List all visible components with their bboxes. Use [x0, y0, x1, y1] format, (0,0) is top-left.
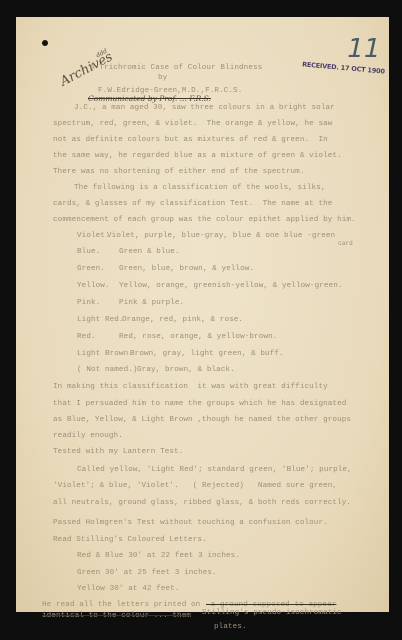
paragraph-line: spectrum, red, green, & violet. The oran…: [53, 120, 332, 128]
paragraph-line: Yellow 30' at 42 feet.: [77, 585, 179, 593]
class-red-name: Red.: [77, 333, 96, 341]
punch-hole: [42, 40, 48, 46]
last-line-insert: Stilling's pseudo-isochromatic: [202, 609, 342, 617]
class-notnamed-items: Gray, brown, & black.: [137, 366, 235, 374]
paragraph-line: the same way, he regarded blue as a mixt…: [53, 152, 342, 160]
paragraph-line: that I persuaded him to name the groups …: [53, 400, 346, 408]
paragraph-line: The following is a classification of the…: [74, 184, 325, 192]
paragraph-line: Passed Holmgren's Test without touching …: [53, 519, 328, 527]
paragraph-line: as Blue, Yellow, & Light Brown ,though h…: [53, 416, 351, 424]
paragraph-line: readily enough.: [53, 432, 123, 440]
class-violet-items: Violet, purple, blue-gray, blue & one bl…: [107, 232, 335, 240]
class-pink-items: Pink & purple.: [119, 299, 184, 307]
document-title: A Trichromic Case of Colour Blindness: [90, 64, 262, 72]
class-violet-name: Violet.: [77, 232, 110, 240]
paragraph-line: commencement of each group was the colou…: [53, 216, 356, 224]
paragraph-line: Read Stilling's Coloured Letters.: [53, 536, 207, 544]
paragraph-line: J.C., a man aged 30, saw three colours i…: [74, 104, 335, 112]
last-line-end: plates.: [214, 623, 247, 631]
paragraph-line: cards, & glasses of my classification Te…: [53, 200, 332, 208]
paragraph-line: Red & Blue 30' at 22 feet 3 inches.: [77, 552, 240, 560]
communicated-note: Communicated by Prof. ... F.R.S.: [88, 94, 211, 103]
class-green-items: Green, blue, brown, & yellow.: [119, 265, 254, 273]
paragraph-line: all neutrals, ground glass, ribbed glass…: [53, 499, 351, 507]
class-red-items: Red, rose, orange, & yellow-brown.: [119, 333, 277, 341]
violet-note: card: [338, 240, 353, 247]
class-lightbrown-items: Brown, gray, light green, & buff.: [130, 350, 284, 358]
class-yellow-items: Yellow, orange, greenish-yellow, & yello…: [119, 282, 343, 290]
paragraph-line: Called yellow, 'Light Red'; standard gre…: [77, 466, 352, 474]
class-blue-name: Blue.: [77, 248, 100, 256]
class-yellow-name: Yellow.: [77, 282, 110, 290]
paragraph-line: not as definite colours but as mixtures …: [53, 136, 328, 144]
class-lightred-name: Light Red.: [77, 316, 124, 324]
paragraph-line: There was no shortening of either end of…: [53, 168, 304, 176]
by-line: by: [158, 74, 167, 82]
paragraph-line: 'Violet'; & blue, 'Violet'. ( Rejected) …: [53, 482, 337, 490]
page-number: 11: [344, 34, 383, 64]
class-blue-items: Green & blue.: [119, 248, 180, 256]
class-notnamed-name: ( Not named.): [77, 366, 138, 374]
class-green-name: Green.: [77, 265, 105, 273]
last-line-struck-2: identical to the colour ... them: [42, 612, 191, 620]
class-lightbrown-name: Light Brown.: [77, 350, 133, 358]
last-line-struck: a ground supposed to appear: [206, 601, 336, 609]
paragraph-line: Green 30' at 25 feet 3 inches.: [77, 569, 217, 577]
class-lightred-items: Orange, red, pink, & rose.: [122, 316, 243, 324]
class-pink-name: Pink.: [77, 299, 100, 307]
paragraph-line: Tested with my Lantern Test.: [53, 448, 183, 456]
last-line-start: He read all the letters printed on: [42, 601, 200, 609]
paragraph-line: In making this classification it was wit…: [53, 383, 328, 391]
